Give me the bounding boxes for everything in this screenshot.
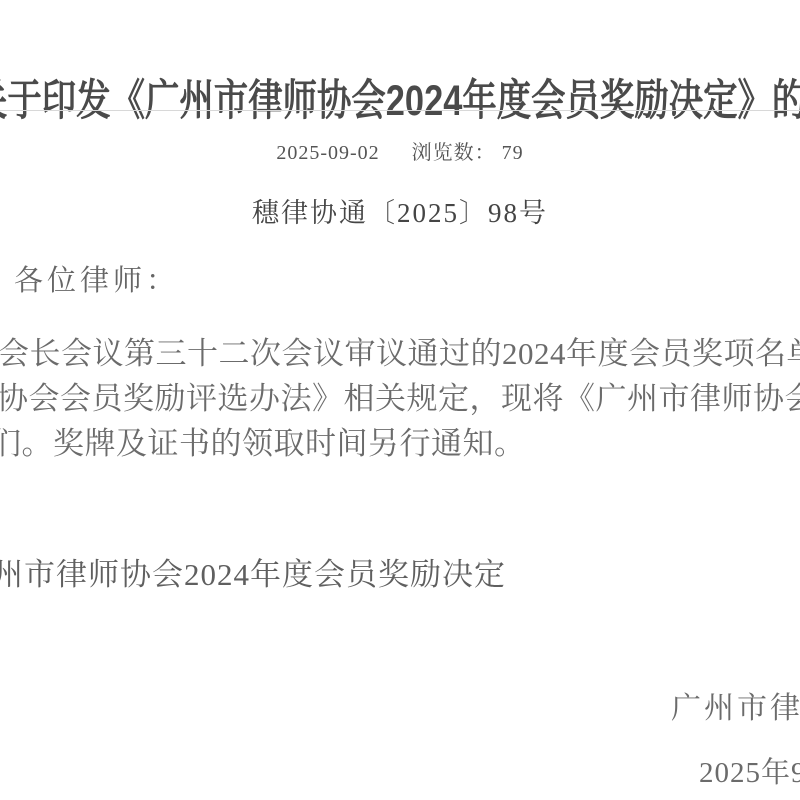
page-title: 关于印发《广州市律师协会2024年度会员奖励决定》的通 <box>0 67 800 128</box>
document-number: 穗律协通〔2025〕98号 <box>0 191 800 230</box>
view-count-group: 浏览数： 79 <box>412 142 524 164</box>
body-line: 会长会议第三十二次会议审议通过的2024年度会员奖项名单已公示 <box>0 328 800 373</box>
salutation-row: 各位律师： <box>0 258 179 299</box>
meta-row: 2025-09-02 浏览数： 79 <box>0 136 800 165</box>
notice-page: 关于印发《广州市律师协会2024年度会员奖励决定》的通 2025-09-02 浏… <box>0 0 800 800</box>
attachment-title-line: 州市律师协会2024年度会员奖励决定 <box>0 549 506 594</box>
title-divider <box>0 110 800 111</box>
view-count-label: 浏览数： <box>412 142 496 164</box>
salutation: 各位律师： <box>14 265 179 297</box>
signature-organization: 广州市律师 <box>671 683 800 727</box>
signature-date: 2025年9 <box>699 750 800 791</box>
body-line: 协会会员奖励评选办法》相关规定，现将《广州市律师协会2024年 <box>0 373 800 418</box>
view-count-value: 79 <box>502 142 524 164</box>
publish-date: 2025-09-02 <box>276 142 379 164</box>
body-line: 们。奖牌及证书的领取时间另行通知。 <box>0 418 526 463</box>
